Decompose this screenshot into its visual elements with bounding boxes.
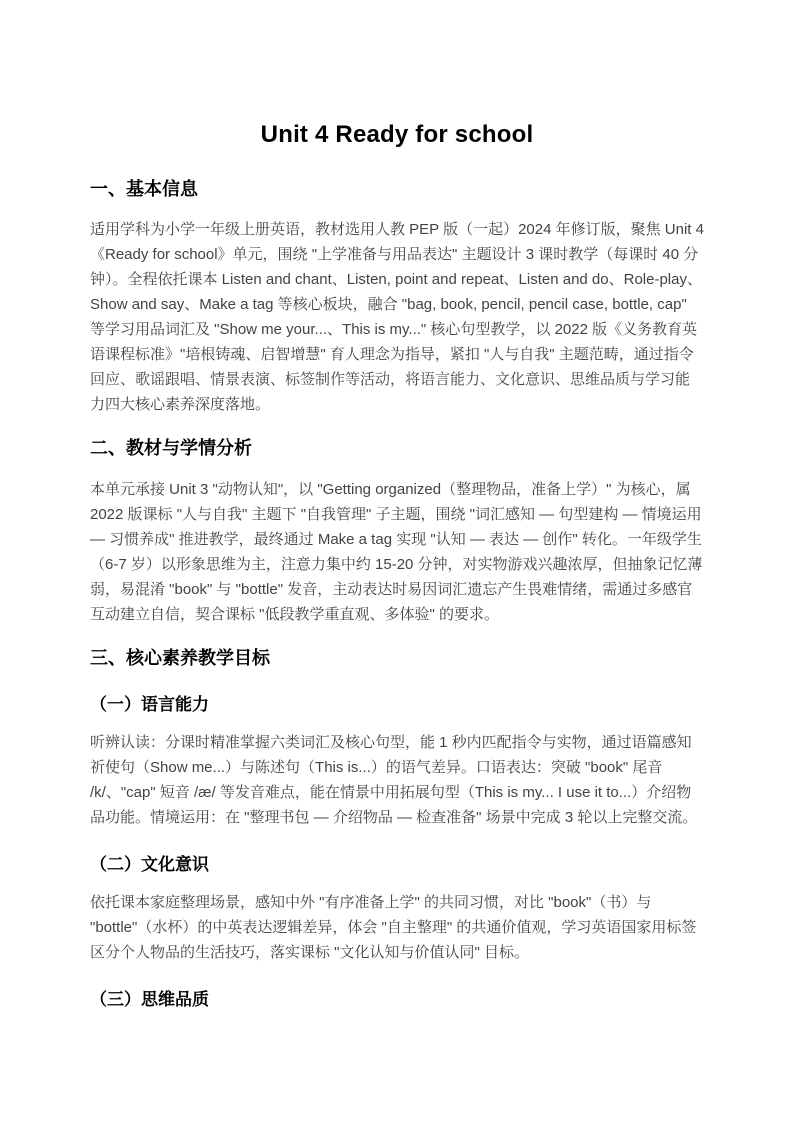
subsection-heading-thinking-quality: （三）思维品质 (90, 989, 704, 1011)
section-heading-material-analysis: 二、教材与学情分析 (90, 437, 704, 460)
paragraph-cultural-awareness: 依托课本家庭整理场景，感知中外 "有序准备上学" 的共同习惯，对比 "book"… (90, 890, 704, 965)
paragraph-material-analysis: 本单元承接 Unit 3 "动物认知"，以 "Getting organized… (90, 477, 704, 627)
subsection-heading-cultural-awareness: （二）文化意识 (90, 854, 704, 876)
paragraph-basic-info: 适用学科为小学一年级上册英语，教材选用人教 PEP 版（一起）2024 年修订版… (90, 217, 704, 417)
section-heading-basic-info: 一、基本信息 (90, 178, 704, 201)
section-heading-core-competency-goals: 三、核心素养教学目标 (90, 647, 704, 670)
document-title: Unit 4 Ready for school (90, 121, 704, 150)
subsection-heading-language-ability: （一）语言能力 (90, 694, 704, 716)
document-page: Unit 4 Ready for school 一、基本信息 适用学科为小学一年… (0, 0, 794, 1123)
paragraph-language-ability: 听辨认读：分课时精准掌握六类词汇及核心句型，能 1 秒内匹配指令与实物，通过语篇… (90, 730, 704, 830)
